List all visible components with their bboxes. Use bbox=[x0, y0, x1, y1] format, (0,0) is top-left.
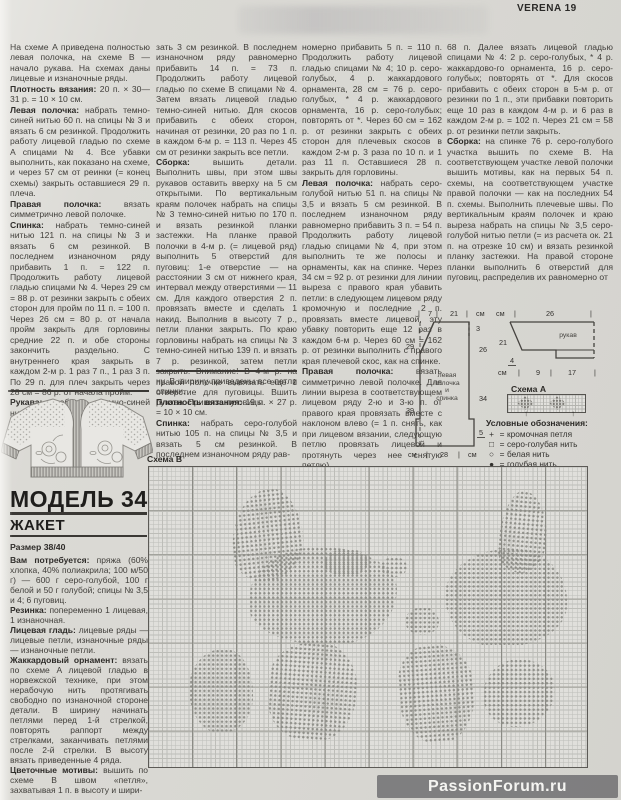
model-subtitle-rule bbox=[10, 535, 147, 537]
paragraph: Правая полочка: вязать симметрично левой… bbox=[10, 199, 150, 220]
body-dim-tick: | bbox=[426, 450, 428, 459]
sleeve-piece-name: рукав bbox=[550, 332, 586, 340]
sleeve-dim-bottom-2: 9 bbox=[536, 368, 540, 377]
chart-b-motif-left-cluster bbox=[249, 547, 397, 645]
chart-b-motifs bbox=[149, 467, 587, 767]
legend-title: Условные обозначения: bbox=[486, 418, 618, 428]
model-title: МОДЕЛЬ 34 bbox=[10, 486, 148, 513]
paragraph-lead: Левая полочка: bbox=[10, 105, 85, 115]
legend-label: кромочная петля bbox=[507, 429, 572, 439]
chart-a-rapport-arrow-1: ↑ bbox=[524, 409, 528, 418]
paragraph-lead: Цветочные мотивы: bbox=[10, 765, 103, 775]
paragraph: Лицевая гладь: лицевые ряды — лицевые пе… bbox=[10, 625, 148, 655]
paragraph: Вам потребуется: пряжа (60% хлопка, 40% … bbox=[10, 555, 148, 605]
paragraph-lead: Плотность вязания: bbox=[156, 397, 245, 407]
paragraph: Сборка: на спинке 76 р. серо-голубого уч… bbox=[447, 136, 613, 282]
paragraph: Жаккардовый орнамент: вязать по схеме A … bbox=[10, 655, 148, 765]
legend-item-selvedge: + = кромочная петля bbox=[486, 429, 618, 439]
paragraph: Плотность вязания: 20 п. × 30—31 р. = 10… bbox=[10, 84, 150, 105]
paragraph: ну. В ширину приведены все петли спинки. bbox=[156, 376, 297, 397]
body-dim-top-1: 7 bbox=[428, 309, 432, 318]
chart-b-motif-small-flower-right bbox=[483, 659, 555, 727]
paragraph-lead: Резинка: bbox=[10, 605, 49, 615]
body-dim-tick: | bbox=[458, 450, 460, 459]
sleeve-dim-tick: | bbox=[514, 309, 516, 318]
body-dim-bottom-2: 28 bbox=[440, 450, 448, 459]
sleeve-outline bbox=[494, 310, 618, 382]
instruction-column-1: На схеме A приведена полностью левая пол… bbox=[10, 42, 150, 418]
paragraph-lead: Сборка: bbox=[156, 157, 213, 167]
equals-sign: = bbox=[497, 449, 507, 459]
paragraph: Резинка: попеременно 1 лицевая, 1 изнано… bbox=[10, 605, 148, 625]
legend-label: серо-голубая нить bbox=[507, 439, 577, 449]
plus-symbol-icon: + bbox=[486, 429, 497, 439]
chart-b-motif-mid-sprig-2 bbox=[381, 557, 407, 577]
column-1-divider-rule bbox=[8, 390, 149, 392]
sleeve-dim-tick: | bbox=[518, 368, 520, 377]
paragraph: Цветочные мотивы: вышить по схеме B швом… bbox=[10, 765, 148, 795]
paragraph: номерно прибавить 5 п. = 110 п. Продолжи… bbox=[302, 42, 442, 178]
paragraph: Левая полочка: набрать темно-синей нитью… bbox=[10, 105, 150, 199]
column-2-divider-rule bbox=[156, 370, 297, 372]
equals-sign: = bbox=[497, 439, 507, 449]
chart-a-rapport-arrow-2: ↑ bbox=[571, 409, 575, 418]
chart-b-motif-right-stem bbox=[396, 642, 479, 745]
sleeve-dim-bottom-1: см bbox=[498, 368, 507, 377]
body-dim-right-4: 5 bbox=[477, 428, 485, 438]
body-dim-right-3: 34 bbox=[479, 394, 487, 403]
paragraph-lead: Жаккардовый орнамент: bbox=[10, 655, 122, 665]
jacket-photo-illustration bbox=[1, 393, 153, 485]
model-title-rule bbox=[10, 512, 147, 515]
paragraph: зать 3 см резинкой. В последнем изнаночн… bbox=[156, 42, 297, 157]
model-instruction-column: Вам потребуется: пряжа (60% хлопка, 40% … bbox=[10, 555, 148, 795]
paragraph-lead: Правая полочка: bbox=[10, 199, 124, 209]
chart-b-motif-mid-sprig-1 bbox=[324, 549, 368, 576]
equals-sign: = bbox=[497, 429, 507, 439]
body-dim-bottom-1: см bbox=[408, 450, 417, 459]
site-watermark: PassionForum.ru bbox=[377, 775, 618, 798]
paragraph: 68 п. Далее вязать лицевой гладью спицам… bbox=[447, 42, 613, 136]
symbol-legend: Условные обозначения: + = кромочная петл… bbox=[486, 418, 618, 469]
body-dim-tick: | bbox=[466, 309, 468, 318]
open-circle-icon: ○ bbox=[486, 449, 497, 459]
print-showthrough bbox=[238, 6, 488, 34]
body-dim-bottom-3: см bbox=[468, 450, 477, 459]
body-piece-name: левая полочка и спинка bbox=[426, 372, 468, 402]
sleeve-dim-left-2: 4 bbox=[508, 356, 516, 366]
body-dim-right-2: 26 bbox=[479, 345, 487, 354]
paragraph: Спинка: набрать темно-синей нитью 121 п.… bbox=[10, 220, 150, 398]
sleeve-dim-bottom-3: 17 bbox=[568, 368, 576, 377]
chart-b-motif-left-stem bbox=[266, 640, 361, 744]
body-dim-right-1: 3 bbox=[476, 324, 480, 333]
chart-b-motif-small-flower-left bbox=[189, 649, 253, 733]
chart-b-title: Схема B bbox=[147, 454, 182, 464]
sleeve-schematic: см | 26 | 21 4 рукав см | 9 | 17 | bbox=[494, 310, 618, 382]
paragraph: Плотность вязания: 19 п. × 27 р. = 10 × … bbox=[156, 397, 297, 418]
paragraph-lead: Спинка: bbox=[156, 418, 201, 428]
sleeve-dim-tick: | bbox=[590, 309, 592, 318]
chart-a-title: Схема A bbox=[511, 384, 546, 394]
body-dim-top-2: 21 bbox=[450, 309, 458, 318]
chart-a-motif-1 bbox=[517, 396, 534, 410]
empty-square-icon: □ bbox=[486, 439, 497, 449]
page-reference: VERENA 19 bbox=[517, 3, 577, 14]
sleeve-dim-tick: | bbox=[594, 368, 596, 377]
legend-item-white-yarn: ○ = белая нить bbox=[486, 449, 618, 459]
model-size-label: Размер 38/40 bbox=[10, 542, 65, 552]
paragraph-lead: Сборка: bbox=[447, 136, 485, 146]
paragraph-lead: Лицевая гладь: bbox=[10, 625, 79, 635]
body-dim-tick: | bbox=[436, 309, 438, 318]
paragraph-lead: Левая полочка: bbox=[302, 178, 381, 188]
chart-b-grid bbox=[148, 466, 588, 768]
paragraph-lead: Вам потребуется: bbox=[10, 555, 97, 565]
sleeve-dim-top-2: 26 bbox=[546, 309, 554, 318]
instruction-column-2-top: зать 3 см резинкой. В последнем изнаночн… bbox=[156, 42, 297, 408]
chart-b-motif-mid-sprig-3 bbox=[405, 607, 439, 635]
sleeve-dim-top-1: см bbox=[496, 309, 505, 318]
paragraph-lead: Правая полочка: bbox=[302, 366, 416, 376]
paragraph-lead: Спинка: bbox=[10, 220, 56, 230]
body-dim-left-1: 29 bbox=[406, 342, 414, 351]
magazine-page: VERENA 19 На схеме A приведена полностью… bbox=[0, 0, 621, 800]
body-dim-top-3: см bbox=[476, 309, 485, 318]
sleeve-dim-tick: | bbox=[550, 368, 552, 377]
chart-b-motif-right-cluster bbox=[445, 549, 567, 647]
legend-label: белая нить bbox=[507, 449, 550, 459]
paragraph: На схеме A приведена полностью левая пол… bbox=[10, 42, 150, 84]
body-dim-tick-row: | bbox=[418, 309, 420, 318]
legend-item-gray-blue-yarn: □ = серо-голубая нить bbox=[486, 439, 618, 449]
chart-a-motif-2 bbox=[549, 396, 566, 410]
sleeve-dim-left-1: 21 bbox=[499, 338, 507, 347]
paragraph-lead: Плотность вязания: bbox=[10, 84, 100, 94]
instruction-column-4: 68 п. Далее вязать лицевой гладью спицам… bbox=[447, 42, 613, 282]
body-dim-left-2: 39 bbox=[406, 406, 414, 415]
model-subtitle: ЖАКЕТ bbox=[10, 517, 65, 534]
instruction-column-2-bottom: ну. В ширину приведены все петли спинки.… bbox=[156, 376, 297, 460]
